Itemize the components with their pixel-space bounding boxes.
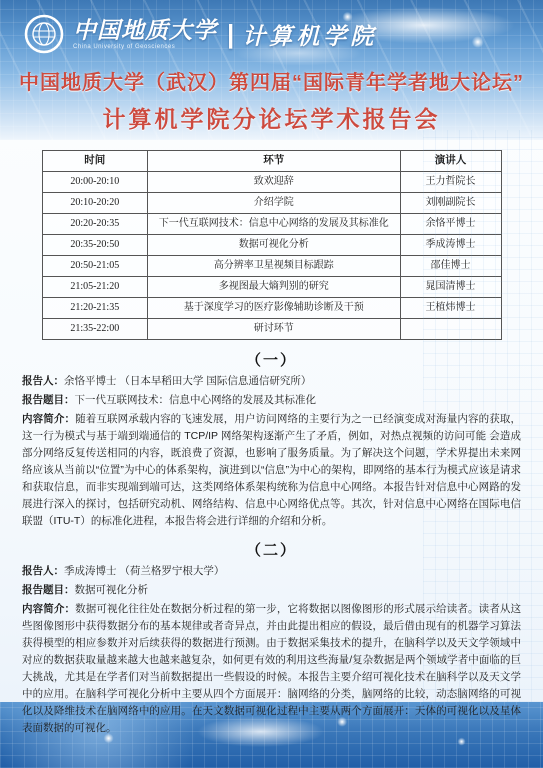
forum-title-line2: 计算机学院分论坛学术报告会 (0, 101, 543, 134)
forum-title-line1: 中国地质大学（武汉）第四届“国际青年学者地大论坛” (0, 66, 543, 95)
abstract-line-label: 内容简介： (22, 603, 75, 615)
session-cell: 基于深度学习的医疗影像辅助诊断及干预 (148, 298, 400, 319)
talk-section-1: （一）报告人：余恪平博士 （日本早稻田大学 国际信息通信研究所）报告题目：下一代… (22, 349, 521, 530)
school-name: 计算机学院 (242, 18, 377, 51)
abstract-line-value: 数据可视化往往处在数据分析过程的第一步，它将数据以图像图形的形式展示给读者。读者… (22, 603, 521, 734)
university-subtitle: China University of Geosciences (73, 44, 217, 50)
session-cell: 数据可视化分析 (148, 235, 400, 256)
table-row: 20:10-20:20介绍学院刘刚副院长 (42, 193, 501, 214)
column-header: 时间 (42, 151, 148, 172)
speaker-line: 报告人：季成涛博士 （荷兰格罗宁根大学） (22, 563, 521, 580)
session-cell: 下一代互联网技术：信息中心网络的发展及其标准化 (148, 214, 400, 235)
talk-title-line-value: 下一代互联网技术：信息中心网络的发展及其标准化 (75, 394, 317, 406)
talk-title-line: 报告题目：数据可视化分析 (22, 582, 521, 599)
university-name: 中国地质大学 (73, 19, 217, 42)
sections: （一）报告人：余恪平博士 （日本早稻田大学 国际信息通信研究所）报告题目：下一代… (22, 349, 521, 737)
session-cell: 高分辨率卫星视频目标跟踪 (148, 256, 400, 277)
table-row: 20:00-20:10致欢迎辞王力哲院长 (42, 172, 501, 193)
talk-title-line: 报告题目：下一代互联网技术：信息中心网络的发展及其标准化 (22, 392, 521, 409)
talk-title-line-label: 报告题目： (22, 584, 75, 596)
university-name-block: 中国地质大学 China University of Geosciences (73, 19, 217, 50)
speaker-cell: 季成涛博士 (400, 235, 501, 256)
logo-row: 中国地质大学 China University of Geosciences |… (0, 0, 543, 54)
speaker-line-value: 余恪平博士 （日本早稻田大学 国际信息通信研究所） (64, 375, 311, 387)
table-row: 20:50-21:05高分辨率卫星视频目标跟踪邵佳博士 (42, 256, 501, 277)
abstract-line-label: 内容简介： (22, 413, 75, 425)
schedule-body: 20:00-20:10致欢迎辞王力哲院长20:10-20:20介绍学院刘刚副院长… (42, 172, 501, 340)
time-cell: 20:20-20:35 (42, 214, 148, 235)
table-row: 21:35-22:00研讨环节 (42, 319, 501, 340)
header-banner: 中国地质大学 China University of Geosciences |… (0, 0, 543, 140)
session-cell: 研讨环节 (148, 319, 400, 340)
table-row: 21:05-21:20多视图最大熵判别的研究晁国清博士 (42, 277, 501, 298)
table-row: 20:20-20:35下一代互联网技术：信息中心网络的发展及其标准化余恪平博士 (42, 214, 501, 235)
schedule-table: 时间环节演讲人 20:00-20:10致欢迎辞王力哲院长20:10-20:20介… (42, 150, 502, 340)
university-emblem-icon (24, 14, 64, 54)
time-cell: 20:50-21:05 (42, 256, 148, 277)
speaker-cell: 刘刚副院长 (400, 193, 501, 214)
table-row: 21:20-21:35基于深度学习的医疗影像辅助诊断及干预王植炜博士 (42, 298, 501, 319)
time-cell: 21:35-22:00 (42, 319, 148, 340)
table-row: 20:35-20:50数据可视化分析季成涛博士 (42, 235, 501, 256)
schedule-header-row: 时间环节演讲人 (42, 151, 501, 172)
speaker-cell: 王力哲院长 (400, 172, 501, 193)
speaker-line-label: 报告人： (22, 565, 64, 577)
session-cell: 致欢迎辞 (148, 172, 400, 193)
time-cell: 21:20-21:35 (42, 298, 148, 319)
speaker-cell (400, 319, 501, 340)
abstract-line: 内容简介：数据可视化往往处在数据分析过程的第一步，它将数据以图像图形的形式展示给… (22, 601, 521, 737)
time-cell: 20:35-20:50 (42, 235, 148, 256)
speaker-cell: 王植炜博士 (400, 298, 501, 319)
speaker-line-value: 季成涛博士 （荷兰格罗宁根大学） (64, 565, 224, 577)
column-header: 环节 (148, 151, 400, 172)
abstract-line-value: 随着互联网承载内容的飞速发展，用户访问网络的主要行为之一已经演变成对海量内容的获… (22, 413, 521, 527)
logo-divider: | (227, 19, 234, 50)
talk-section-2: （二）报告人：季成涛博士 （荷兰格罗宁根大学）报告题目：数据可视化分析内容简介：… (22, 539, 521, 737)
column-header: 演讲人 (400, 151, 501, 172)
talk-title-line-value: 数据可视化分析 (75, 584, 149, 596)
talk-title-line-label: 报告题目： (22, 394, 75, 406)
session-cell: 介绍学院 (148, 193, 400, 214)
time-cell: 20:10-20:20 (42, 193, 148, 214)
section-heading: （二） (22, 539, 521, 560)
speaker-line-label: 报告人： (22, 375, 64, 387)
abstract-line: 内容简介：随着互联网承载内容的飞速发展，用户访问网络的主要行为之一已经演变成对海… (22, 411, 521, 530)
speaker-cell: 邵佳博士 (400, 256, 501, 277)
time-cell: 21:05-21:20 (42, 277, 148, 298)
session-cell: 多视图最大熵判别的研究 (148, 277, 400, 298)
speaker-line: 报告人：余恪平博士 （日本早稻田大学 国际信息通信研究所） (22, 373, 521, 390)
section-heading: （一） (22, 349, 521, 370)
poster-page: 中国地质大学 China University of Geosciences |… (0, 0, 543, 768)
time-cell: 20:00-20:10 (42, 172, 148, 193)
speaker-cell: 晁国清博士 (400, 277, 501, 298)
speaker-cell: 余恪平博士 (400, 214, 501, 235)
